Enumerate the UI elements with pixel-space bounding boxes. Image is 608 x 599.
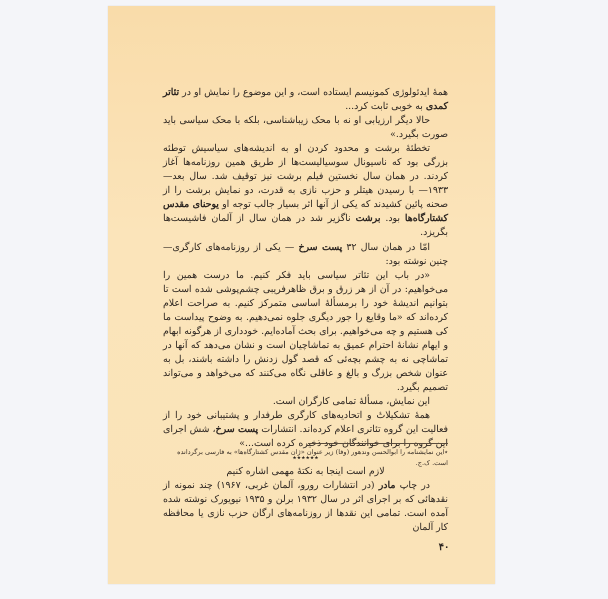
document-page: همهٔ ایدئولوژی کمونیسم ایستاده است، و ای… xyxy=(108,6,495,584)
paragraph-7: همهٔ تشکیلاتٔ و اتحادیه‌های کارگری طرفدا… xyxy=(163,409,448,451)
bold-title-red-post: پست سرخ xyxy=(298,242,342,253)
page-number: ۴۰ xyxy=(434,542,454,553)
text-segment: حالا دیگر ارزیابی او نه با محک زیباشناسی… xyxy=(163,115,448,140)
text-segment: به خوبی ثابت کرد... xyxy=(345,101,426,112)
paragraph-3: تخطئهٔ برشت و محدود کردن او به اندیشه‌ها… xyxy=(163,142,448,240)
bold-title-red-post: پست سرخ xyxy=(216,424,259,435)
text-segment: بود. xyxy=(380,213,404,224)
text-segment: امّا در همان سال ۳۲ xyxy=(342,242,430,253)
paragraph-5-quote: «در باب این تئاتر سیاسی باید فکر کنیم. م… xyxy=(163,269,448,395)
footnote: ٭این نمایشنامه را ابوالحسن وندهور (وفا) … xyxy=(163,447,448,469)
text-segment: همهٔ ایدئولوژی کمونیسم ایستاده است، و ای… xyxy=(179,87,448,98)
footnote-divider xyxy=(308,443,448,444)
bold-title-mother: مادر xyxy=(379,480,396,491)
text-segment: در چاپ xyxy=(395,480,430,491)
text-segment: این نمایش، مسألهٔ تمامی کارگران است. xyxy=(273,396,430,407)
text-segment: «در باب این تئاتر سیاسی باید فکر کنیم. م… xyxy=(163,270,448,393)
paragraph-6: این نمایش، مسألهٔ تمامی کارگران است. xyxy=(163,395,448,409)
paragraph-final: در چاپ مادر (در انتشارات رورو، آلمان غرب… xyxy=(163,479,448,535)
bold-name-brecht: برشت xyxy=(356,213,381,224)
paragraph-2: حالا دیگر ارزیابی او نه با محک زیباشناسی… xyxy=(163,114,448,142)
paragraph-1: همهٔ ایدئولوژی کمونیسم ایستاده است، و ای… xyxy=(163,86,448,114)
paragraph-4: امّا در همان سال ۳۲ پست سرخ — یکی از روز… xyxy=(163,241,448,269)
